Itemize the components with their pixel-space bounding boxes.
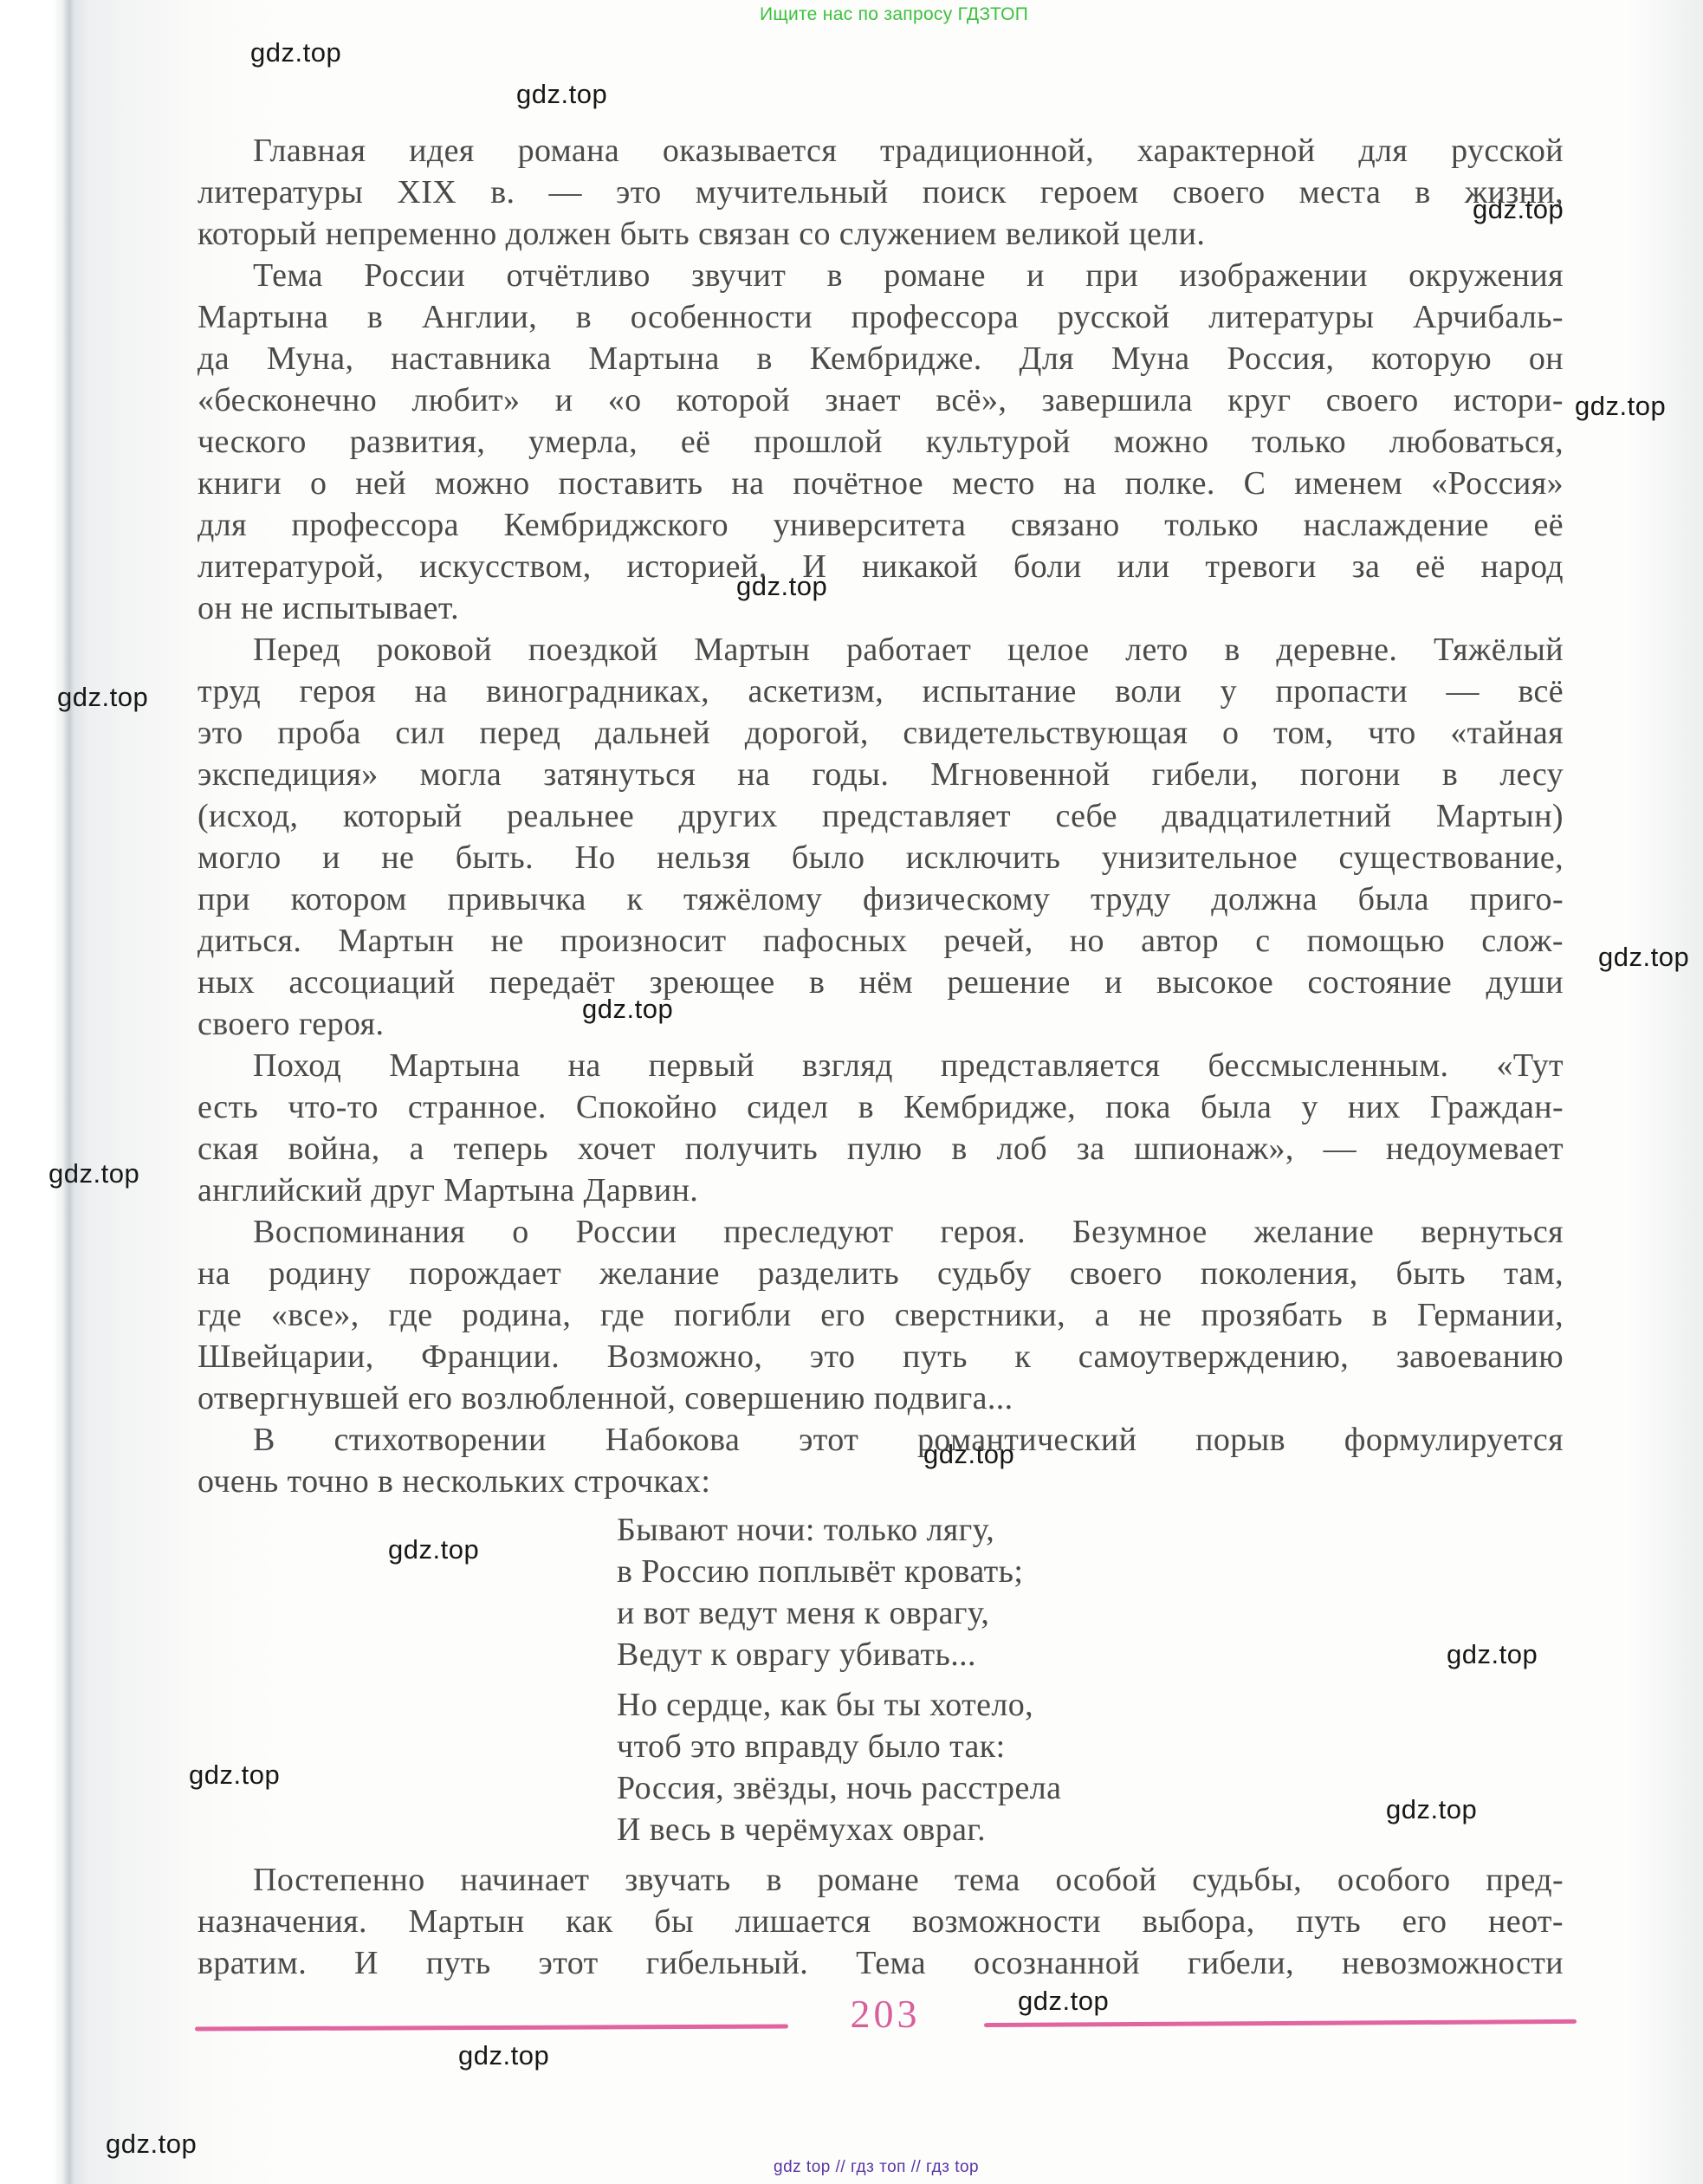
- watermark: gdz.top: [516, 80, 607, 109]
- paragraph: Поход Мартына на первый взгляд представл…: [197, 1045, 1564, 1211]
- text-line: Постепенно начинает звучать в романе тем…: [197, 1859, 1564, 1901]
- text-line: Мартына в Англии, в особенности профессо…: [197, 296, 1564, 338]
- text-line: Главная идея романа оказывается традицио…: [197, 130, 1564, 172]
- watermark: gdz.top: [1598, 943, 1689, 972]
- watermark: gdz.top: [1018, 1986, 1109, 2016]
- poem-line: чтоб это вправду было так:: [617, 1726, 1564, 1767]
- text-line: назначения. Мартын как бы лишается возмо…: [197, 1901, 1564, 1942]
- page-scan: Ищите нас по запросу ГДЗТОП gdz.topgdz.t…: [0, 0, 1703, 2184]
- text-line: для профессора Кембриджского университет…: [197, 504, 1564, 546]
- paragraph: Тема России отчётливо звучит в романе и …: [197, 255, 1564, 629]
- watermark: gdz.top: [106, 2129, 197, 2159]
- watermark: gdz.top: [250, 38, 341, 68]
- header-promo-text: Ищите нас по запросу ГДЗТОП: [760, 5, 1028, 23]
- text-line: Поход Мартына на первый взгляд представл…: [197, 1045, 1564, 1086]
- text-line: литературы XIX в. — это мучительный поис…: [197, 172, 1564, 213]
- footer-promo-text: gdz top // гдз топ // гдз top: [774, 2159, 979, 2176]
- text-line: он не испытывает.: [197, 587, 1564, 629]
- text-line: своего героя.: [197, 1003, 1564, 1045]
- paragraph: В стихотворении Набокова этот романтичес…: [197, 1419, 1564, 1502]
- text-line: книги о ней можно поставить на почётное …: [197, 463, 1564, 504]
- poem-line: И весь в черёмухах овраг.: [617, 1809, 1564, 1850]
- footer-rule-left: [195, 2025, 788, 2032]
- text-line: экспедиция» могла затянуться на годы. Мг…: [197, 754, 1564, 795]
- watermark: gdz.top: [57, 683, 148, 712]
- poem-line: Россия, звёзды, ночь расстрела: [617, 1767, 1564, 1809]
- text-line: который непременно должен быть связан со…: [197, 213, 1564, 255]
- paragraph: Перед роковой поездкой Мартын работает ц…: [197, 629, 1564, 1045]
- text-line: литературой, искусством, историей. И ник…: [197, 546, 1564, 587]
- text-line: при котором привычка к тяжёлому физическ…: [197, 878, 1564, 920]
- poem-stanza: Бывают ночи: только лягу,в Россию поплыв…: [617, 1509, 1564, 1675]
- text-line: «бесконечно любит» и «о которой знает вс…: [197, 379, 1564, 421]
- text-line: могло и не быть. Но нельзя было исключит…: [197, 837, 1564, 878]
- text-line: где «все», где родина, где погибли его с…: [197, 1294, 1564, 1336]
- text-line: Перед роковой поездкой Мартын работает ц…: [197, 629, 1564, 671]
- watermark: gdz.top: [49, 1159, 139, 1189]
- text-line: Тема России отчётливо звучит в романе и …: [197, 255, 1564, 296]
- footer-rule-right: [984, 2019, 1577, 2027]
- text-line: ных ассоциаций передаёт зреющее в нём ре…: [197, 962, 1564, 1003]
- text-line: (исход, который реальнее других представ…: [197, 795, 1564, 837]
- paragraph: Воспоминания о России преследуют героя. …: [197, 1211, 1564, 1419]
- paragraph: Главная идея романа оказывается традицио…: [197, 130, 1564, 255]
- poem-line: и вот ведут меня к оврагу,: [617, 1592, 1564, 1634]
- text-line: В стихотворении Набокова этот романтичес…: [197, 1419, 1564, 1461]
- watermark: gdz.top: [458, 2041, 549, 2071]
- text-line: отвергнувшей его возлюбленной, совершени…: [197, 1377, 1564, 1419]
- text-line: есть что-то странное. Спокойно сидел в К…: [197, 1086, 1564, 1128]
- paragraph: Постепенно начинает звучать в романе тем…: [197, 1859, 1564, 1984]
- text-line: это проба сил перед дальней дорогой, сви…: [197, 712, 1564, 754]
- text-line: Воспоминания о России преследуют героя. …: [197, 1211, 1564, 1253]
- text-line: очень точно в нескольких строчках:: [197, 1461, 1564, 1502]
- poem-line: в Россию поплывёт кровать;: [617, 1551, 1564, 1592]
- text-line: английский друг Мартына Дарвин.: [197, 1170, 1564, 1211]
- poem-line: Бывают ночи: только лягу,: [617, 1509, 1564, 1551]
- text-line: ческого развития, умерла, её прошлой кул…: [197, 421, 1564, 463]
- text-line: труд героя на виноградниках, аскетизм, и…: [197, 671, 1564, 712]
- text-line: да Муна, наставника Мартына в Кембридже.…: [197, 338, 1564, 379]
- body-text: Главная идея романа оказывается традицио…: [197, 130, 1564, 1984]
- poem: Бывают ночи: только лягу,в Россию поплыв…: [617, 1509, 1564, 1850]
- text-line: ская война, а теперь хочет получить пулю…: [197, 1128, 1564, 1170]
- text-line: Швейцарии, Франции. Возможно, это путь к…: [197, 1336, 1564, 1377]
- text-line: диться. Мартын не произносит пафосных ре…: [197, 920, 1564, 962]
- watermark: gdz.top: [1575, 392, 1666, 421]
- poem-line: Ведут к оврагу убивать...: [617, 1634, 1564, 1675]
- text-line: на родину порождает желание разделить су…: [197, 1253, 1564, 1294]
- poem-line: Но сердце, как бы ты хотело,: [617, 1684, 1564, 1726]
- text-line: вратим. И путь этот гибельный. Тема осоз…: [197, 1942, 1564, 1984]
- page-number: 203: [829, 1994, 942, 2034]
- poem-stanza: Но сердце, как бы ты хотело,чтоб это впр…: [617, 1684, 1564, 1850]
